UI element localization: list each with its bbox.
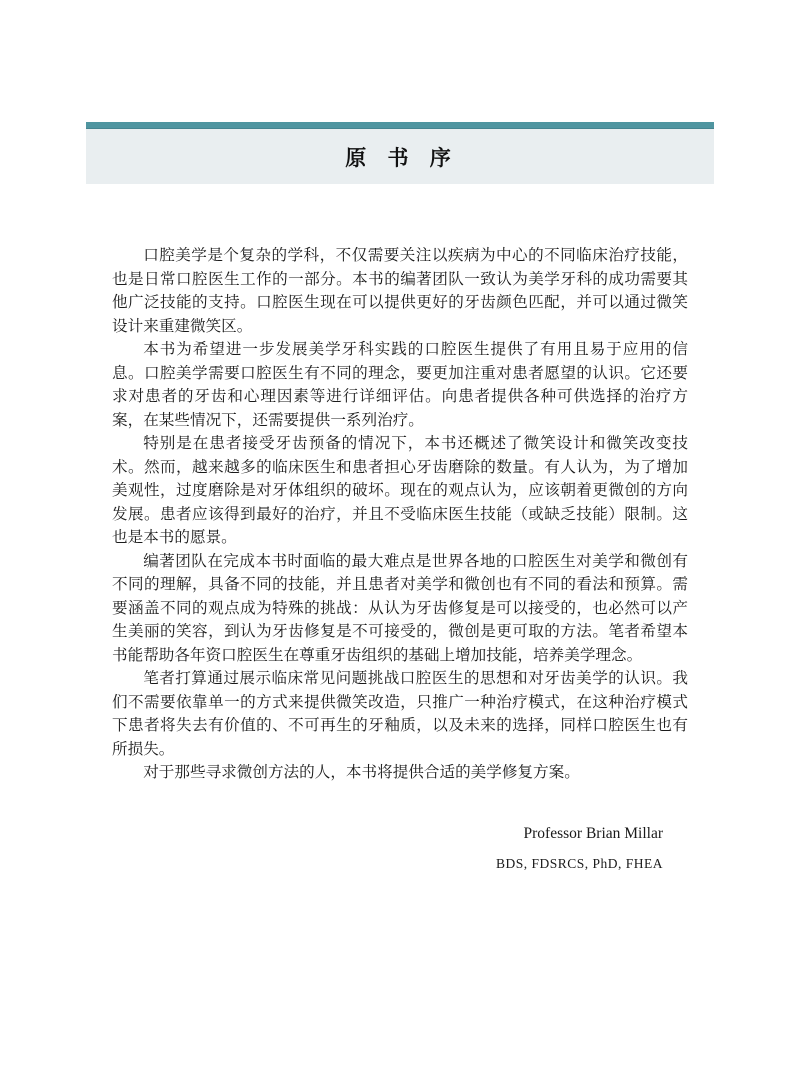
- preface-paragraph: 特别是在患者接受牙齿预备的情况下，本书还概述了微笑设计和微笑改变技术。然而，越来…: [112, 432, 688, 550]
- header-accent-bar: [86, 122, 714, 129]
- preface-body: 口腔美学是个复杂的学科，不仅需要关注以疾病为中心的不同临床治疗技能，也是日常口腔…: [112, 244, 688, 876]
- page-title: 原 书 序: [345, 142, 455, 172]
- section-header: 原 书 序: [86, 122, 714, 184]
- book-page: 原 书 序 口腔美学是个复杂的学科，不仅需要关注以疾病为中心的不同临床治疗技能，…: [0, 0, 800, 1077]
- author-signature: Professor Brian Millar BDS, FDSRCS, PhD,…: [112, 822, 688, 876]
- preface-paragraph: 笔者打算通过展示临床常见问题挑战口腔医生的思想和对牙齿美学的认识。我们不需要依靠…: [112, 667, 688, 761]
- preface-paragraph: 对于那些寻求微创方法的人，本书将提供合适的美学修复方案。: [112, 761, 688, 785]
- preface-paragraph: 本书为希望进一步发展美学牙科实践的口腔医生提供了有用且易于应用的信息。口腔美学需…: [112, 338, 688, 432]
- author-name: Professor Brian Millar: [112, 822, 663, 846]
- header-panel: 原 书 序: [86, 129, 714, 184]
- preface-paragraph: 口腔美学是个复杂的学科，不仅需要关注以疾病为中心的不同临床治疗技能，也是日常口腔…: [112, 244, 688, 338]
- author-credentials: BDS, FDSRCS, PhD, FHEA: [112, 852, 663, 876]
- preface-paragraph: 编著团队在完成本书时面临的最大难点是世界各地的口腔医生对美学和微创有不同的理解，…: [112, 550, 688, 668]
